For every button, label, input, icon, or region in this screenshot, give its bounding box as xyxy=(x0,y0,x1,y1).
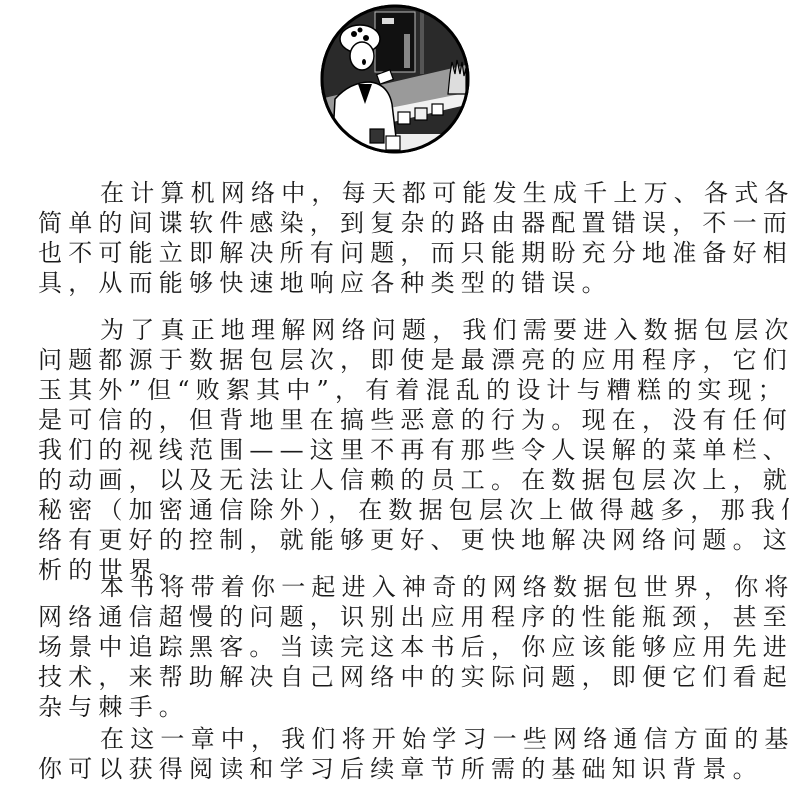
text-line: 你可以获得阅读和学习后续章节所需的基础知识背景。 xyxy=(38,754,750,784)
illustration-icon xyxy=(320,4,470,154)
chapter-opener-illustration xyxy=(320,4,470,154)
text-line: 秘密（加密通信除外），在数据包层次上做得越多，那我们就能够对网 xyxy=(38,495,750,525)
paragraph-4: 在这一章中，我们将开始学习一些网络通信方面的基础知识，这样 你可以获得阅读和学习… xyxy=(38,724,750,784)
text-line: 玉其外”但“败絮其中”，有着混乱的设计与糟糕的实现；又或是看起来 xyxy=(38,375,750,405)
text-line: 本书将带着你一起进入神奇的网络数据包世界，你将学到如何解决 xyxy=(38,572,750,602)
text-line: 问题都源于数据包层次，即使是最漂亮的应用程序，它们也可能是“金 xyxy=(38,345,750,375)
paragraph-2: 为了真正地理解网络问题，我们需要进入数据包层次。所有的网络 问题都源于数据包层次… xyxy=(38,315,750,585)
text-line: 在计算机网络中，每天都可能发生成千上万、各式各样的问题，从 xyxy=(38,178,750,208)
text-line: 是可信的，但背地里在搞些恶意的行为。现在，没有任何东西能够逃出 xyxy=(38,405,750,435)
text-line: 简单的间谍软件感染，到复杂的路由器配置错误，不一而定。我们永远 xyxy=(38,208,750,238)
text-line: 场景中追踪黑客。当读完这本书后，你应该能够应用先进的数据包分析 xyxy=(38,632,750,662)
text-line: 我们的视线范围——这里不再有那些令人误解的菜单栏、用来吸引眼球 xyxy=(38,435,750,465)
text-line: 为了真正地理解网络问题，我们需要进入数据包层次。所有的网络 xyxy=(38,315,750,345)
paragraph-3: 本书将带着你一起进入神奇的网络数据包世界，你将学到如何解决 网络通信超慢的问题，… xyxy=(38,572,750,722)
text-line: 在这一章中，我们将开始学习一些网络通信方面的基础知识，这样 xyxy=(38,724,750,754)
text-line: 具，从而能够快速地响应各种类型的错误。 xyxy=(38,268,750,298)
text-line: 网络通信超慢的问题，识别出应用程序的性能瓶颈，甚至在真实世界的 xyxy=(38,602,750,632)
text-line: 技术，来帮助解决自己网络中的实际问题，即便它们看起来是那么的复 xyxy=(38,662,750,692)
paragraph-1: 在计算机网络中，每天都可能发生成千上万、各式各样的问题，从 简单的间谍软件感染，… xyxy=(38,178,750,298)
text-line: 络有更好的控制，就能够更好、更快地解决网络问题。这就是数据包分 xyxy=(38,525,750,555)
text-line: 也不可能立即解决所有问题，而只能期盼充分地准备好相关的知识和工 xyxy=(38,238,750,268)
text-line: 的动画，以及无法让人信赖的员工。在数据包层次上，就不再有真正的 xyxy=(38,465,750,495)
text-line: 杂与棘手。 xyxy=(38,692,750,722)
